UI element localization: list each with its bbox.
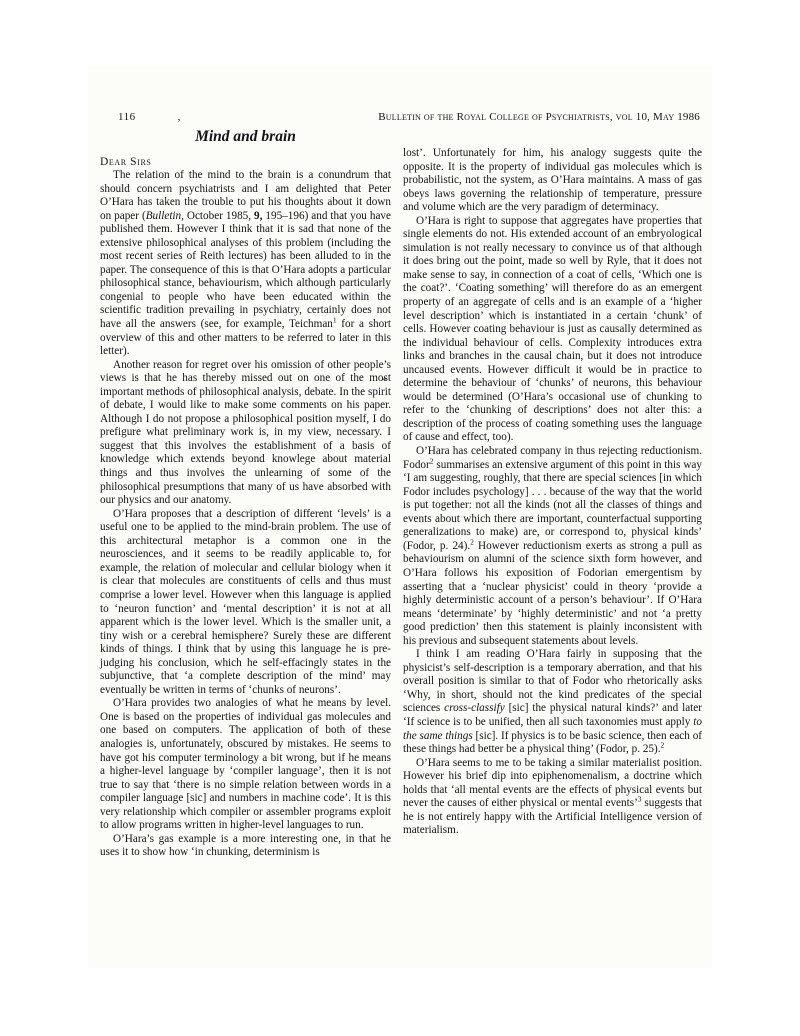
journal-page: 116, Bulletin of the Royal College of Ps… [88, 65, 712, 968]
paragraph: O’Hara has celebrated company in thus re… [403, 445, 702, 648]
journal-title: Bulletin of the Royal College of Psychia… [378, 111, 700, 123]
text-run: 195–196) and that you have published the… [100, 210, 391, 330]
text-run: O’Hara proposes that a description of di… [100, 508, 391, 696]
column-right: lost’. Unfortunately for him, his analog… [403, 147, 702, 838]
text-run: O’Hara provides two analogies of what he… [100, 697, 391, 831]
page-number: 116 [118, 111, 136, 123]
text-run: Another reason for regret over his omiss… [100, 359, 391, 506]
text-run: O’Hara is right to suppose that aggregat… [403, 215, 702, 444]
paragraph: O’Hara proposes that a description of di… [100, 508, 391, 698]
paragraph: The relation of the mind to the brain is… [100, 169, 391, 359]
paragraph: O’Hara is right to suppose that aggregat… [403, 215, 702, 445]
paragraph: I think I am reading O’Hara fairly in su… [403, 648, 702, 756]
text-run: summarises an extensive argument of this… [403, 459, 702, 552]
column-left: The relation of the mind to the brain is… [100, 169, 391, 860]
salutation: Dear Sirs [100, 156, 151, 169]
paragraph: O’Hara provides two analogies of what he… [100, 697, 391, 832]
text-run-sup: 2 [661, 740, 665, 749]
text-run: October 1985, [184, 210, 254, 222]
text-run-i: cross-classify [444, 702, 505, 714]
text-run-i: Bulletin, [146, 210, 184, 222]
paragraph: O’Hara’s gas example is a more interesti… [100, 833, 391, 860]
stray-mark: , [178, 111, 181, 123]
paragraph: lost’. Unfortunately for him, his analog… [403, 147, 702, 215]
paragraph: Another reason for regret over his omiss… [100, 359, 391, 508]
page-header: 116, Bulletin of the Royal College of Ps… [118, 111, 700, 123]
text-run: However reductionism exerts as strong a … [403, 540, 702, 647]
paragraph: O’Hara seems to me to be taking a simila… [403, 757, 702, 838]
text-run: lost’. Unfortunately for him, his analog… [403, 147, 702, 213]
article-title: Mind and brain [100, 128, 391, 146]
text-run: O’Hara’s gas example is a more interesti… [100, 833, 391, 859]
page-number-group: 116, [118, 111, 180, 123]
margin-mark: * [382, 376, 387, 386]
